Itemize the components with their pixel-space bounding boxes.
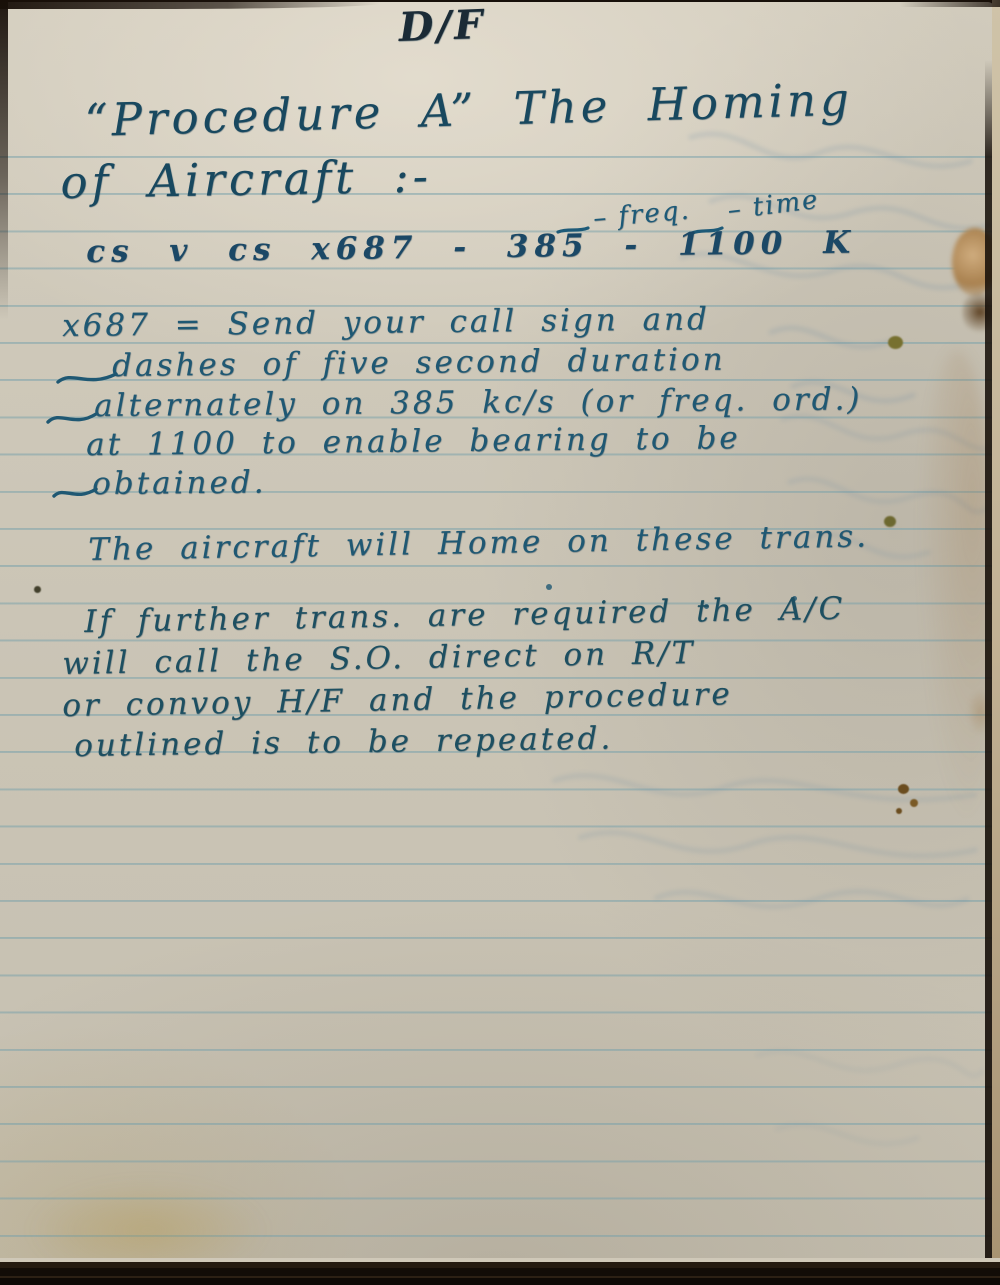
- notebook-page-scan: D/F “Procedure A” The Homing of Aircraft…: [0, 0, 1000, 1285]
- body-line: alternately on 385 kc/s (or freq. ord.): [94, 381, 863, 424]
- heading-line: of Aircraft :-: [60, 150, 432, 209]
- body-line: x687 = Send your call sign and: [62, 301, 710, 344]
- book-top-edge: [900, 0, 1000, 7]
- ink-dot: [546, 584, 552, 590]
- body-line: at 1100 to enable bearing to be: [86, 420, 741, 463]
- page-title: D/F: [398, 1, 486, 51]
- next-page-edge: [992, 0, 1000, 1262]
- book-left-edge: [0, 0, 8, 320]
- book-bottom-edge: [0, 1258, 1000, 1285]
- body-line: obtained.: [92, 464, 267, 502]
- body-line: outlined is to be repeated.: [74, 720, 613, 764]
- page-gutter-shadow: [985, 60, 992, 1260]
- body-line: dashes of five second duration: [112, 342, 726, 384]
